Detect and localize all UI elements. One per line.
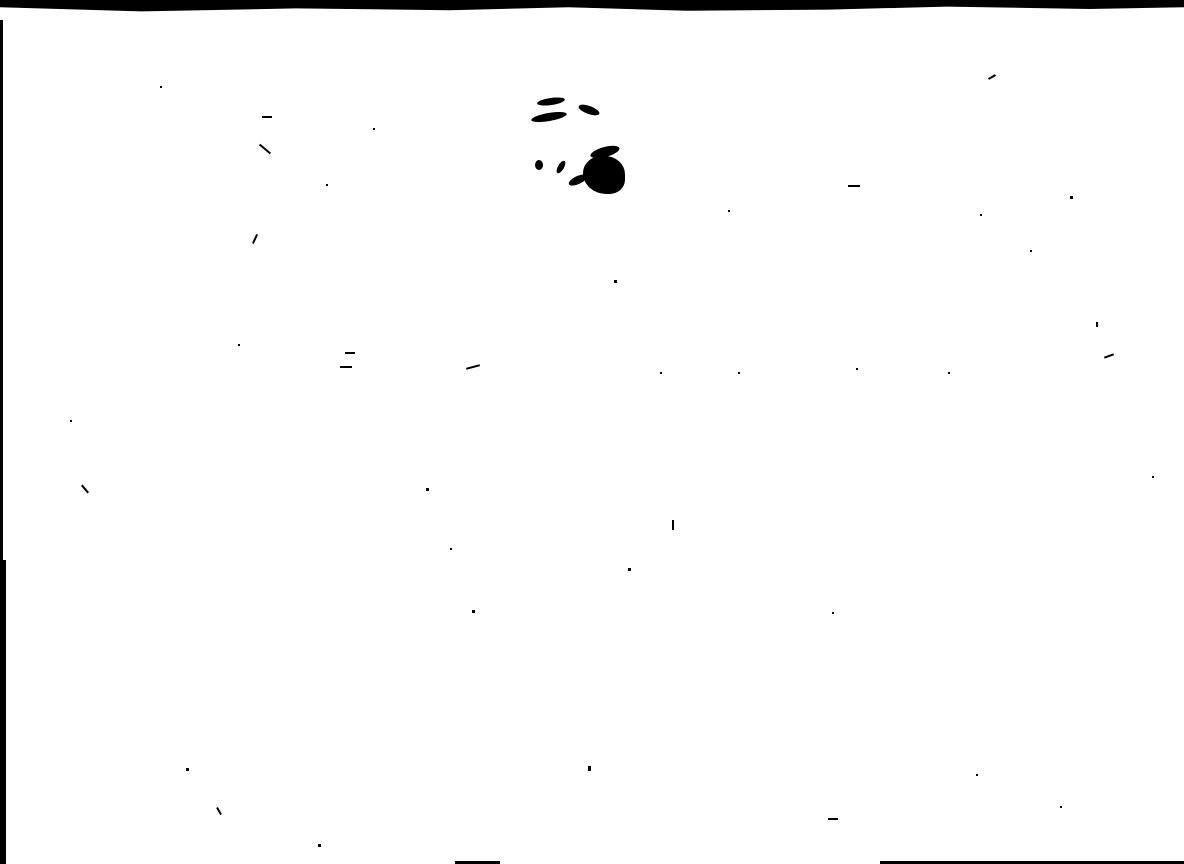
photo-surface bbox=[0, 0, 1184, 864]
left-frame-edge-lower bbox=[0, 560, 6, 864]
top-frame-edge bbox=[0, 0, 1184, 12]
